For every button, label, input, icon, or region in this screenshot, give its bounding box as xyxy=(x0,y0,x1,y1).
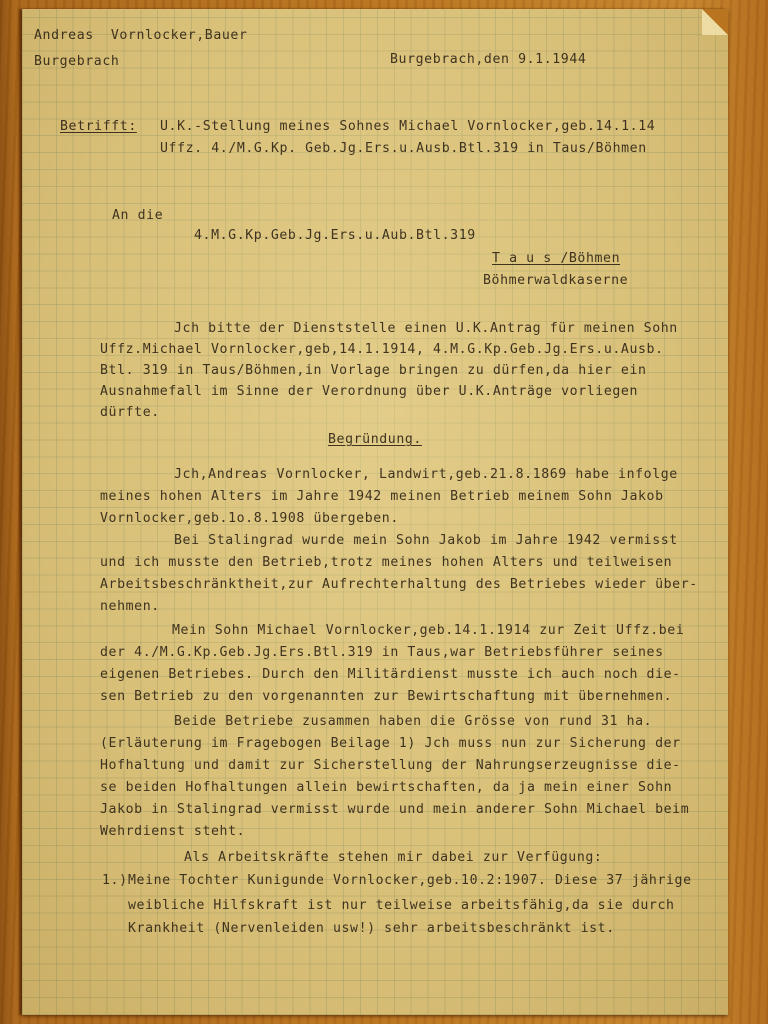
reason-line: (Erläuterung im Fragebogen Beilage 1) Jc… xyxy=(100,737,681,750)
reason-line: Beide Betriebe zusammen haben die Grösse… xyxy=(174,715,652,728)
subject-line-1: U.K.-Stellung meines Sohnes Michael Vorn… xyxy=(160,120,655,133)
subject-line-2: Uffz. 4./M.G.Kp. Geb.Jg.Ers.u.Ausb.Btl.3… xyxy=(160,142,647,155)
reason-line: der 4./M.G.Kp.Geb.Jg.Ers.Btl.319 in Taus… xyxy=(100,646,664,659)
request-line: dürfte. xyxy=(100,406,160,419)
reason-line: Hofhaltung und damit zur Sicherstellung … xyxy=(100,759,681,772)
letter-page: Andreas Vornlocker,Bauer Burgebrach Burg… xyxy=(22,9,728,1015)
reason-line: Jakob in Stalingrad vermisst wurde und m… xyxy=(100,803,689,816)
reason-line: Arbeitsbeschränktheit,zur Aufrechterhalt… xyxy=(100,578,698,591)
workers-list-line: Krankheit (Nervenleiden usw!) sehr arbei… xyxy=(128,922,615,935)
reason-line: Vornlocker,geb.1o.8.1908 übergeben. xyxy=(100,512,399,525)
reason-line: sen Betrieb zu den vorgenannten zur Bewi… xyxy=(100,690,672,703)
workers-list-line: weibliche Hilfskraft ist nur teilweise a… xyxy=(128,899,675,912)
reason-line: und ich musste den Betrieb,trotz meines … xyxy=(100,556,672,569)
reason-line: nehmen. xyxy=(100,600,160,613)
reason-heading: Begründung. xyxy=(328,433,422,446)
letter-date: Burgebrach,den 9.1.1944 xyxy=(390,53,586,66)
workers-list-line: Meine Tochter Kunigunde Vornlocker,geb.1… xyxy=(128,874,692,887)
sender-place: Burgebrach xyxy=(34,55,119,68)
reason-line: se beiden Hofhaltungen allein bewirtscha… xyxy=(100,781,672,794)
request-line: Ausnahmefall im Sinne der Verordnung übe… xyxy=(100,385,638,398)
recipient-city-name: T a u s xyxy=(492,251,552,266)
recipient-intro: An die xyxy=(112,209,163,222)
reason-line: Mein Sohn Michael Vornlocker,geb.14.1.19… xyxy=(172,624,684,637)
request-line: Btl. 319 in Taus/Böhmen,in Vorlage bring… xyxy=(100,364,647,377)
workers-intro: Als Arbeitskräfte stehen mir dabei zur V… xyxy=(184,851,602,864)
workers-list-marker: 1.) xyxy=(102,874,128,887)
recipient-city-region: /Böhmen xyxy=(560,251,620,266)
reason-line: Jch,Andreas Vornlocker, Landwirt,geb.21.… xyxy=(174,468,678,481)
request-line: Jch bitte der Dienststelle einen U.K.Ant… xyxy=(174,322,678,335)
reason-line: Wehrdienst steht. xyxy=(100,825,245,838)
subject-label: Betrifft: xyxy=(60,120,137,133)
request-line: Uffz.Michael Vornlocker,geb,14.1.1914, 4… xyxy=(100,343,664,356)
recipient-barracks: Böhmerwaldkaserne xyxy=(483,274,628,287)
reason-line: eigenen Betriebes. Durch den Militärdien… xyxy=(100,668,681,681)
sender-name: Andreas Vornlocker,Bauer xyxy=(34,29,248,42)
reason-line: meines hohen Alters im Jahre 1942 meinen… xyxy=(100,490,664,503)
reason-line: Bei Stalingrad wurde mein Sohn Jakob im … xyxy=(174,534,678,547)
folded-corner xyxy=(702,9,728,35)
recipient-city: T a u s /Böhmen xyxy=(492,252,620,265)
recipient-unit: 4.M.G.Kp.Geb.Jg.Ers.u.Aub.Btl.319 xyxy=(194,229,476,242)
